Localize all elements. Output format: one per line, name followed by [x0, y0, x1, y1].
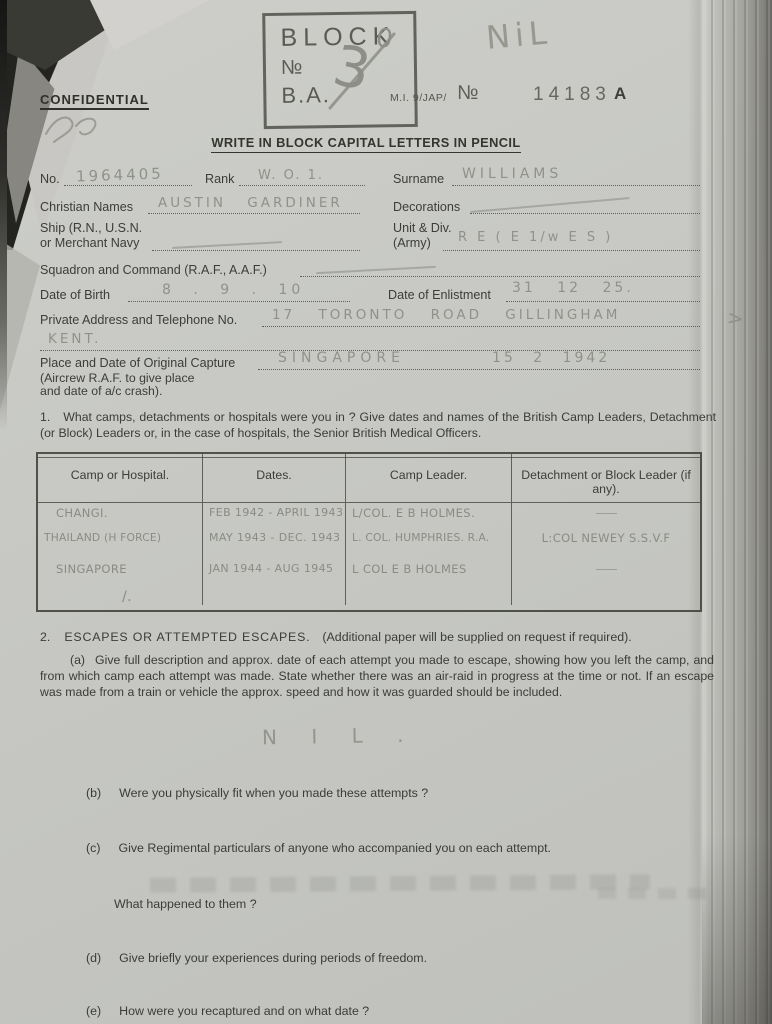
mi9-reference-prefix: M.I. 9/JAP/: [390, 92, 447, 104]
unit-label-line1: Unit & Div.: [393, 221, 452, 235]
capture-note-line2: and date of a/c crash).: [40, 384, 162, 398]
question-1-text: What camps, detachments or hospitals wer…: [40, 410, 716, 440]
dates-cell: JAN 1944 - AUG 1945: [203, 554, 346, 586]
decorations-label: Decorations: [393, 200, 460, 214]
question-2d-number: (d): [86, 951, 101, 965]
question-2-number: 2.: [40, 630, 50, 644]
date-of-birth-label: Date of Birth: [40, 288, 110, 302]
header-camp-leader: Camp Leader.: [346, 454, 512, 503]
date-of-enlistment-label: Date of Enlistment: [388, 288, 491, 302]
unit-value: R E ( E 1/w E S ): [458, 230, 613, 245]
question-2-title: ESCAPES OR ATTEMPTED ESCAPES.: [64, 630, 310, 644]
page-stack-edges: [702, 0, 772, 1024]
camps-table-header-row: Camp or Hospital. Dates. Camp Leader. De…: [38, 454, 700, 503]
question-2b: (b)Were you physically fit when you made…: [86, 786, 428, 800]
empty-cell: [512, 586, 700, 605]
pencil-margin-tick: >: [726, 305, 745, 331]
table-row: /.: [38, 586, 700, 605]
detachment-cell: ——: [512, 554, 700, 586]
question-2d-text: Give briefly your experiences during per…: [119, 951, 427, 965]
christian-names-label: Christian Names: [40, 200, 133, 214]
detachment-cell: ——: [512, 503, 700, 528]
question-2c-number: (c): [86, 841, 100, 855]
capture-label: Place and Date of Original Capture: [40, 356, 235, 370]
pencil-dash-stroke: [172, 241, 282, 249]
pencil-scribble: [42, 110, 112, 154]
leader-cell: L/COL. E B HOLMES.: [346, 503, 512, 528]
question-2a-text: Give full description and approx. date o…: [40, 653, 714, 699]
date-of-birth-value: 8 . 9 . 10: [162, 282, 304, 298]
question-1-number: 1.: [40, 410, 50, 424]
capture-note-line1: (Aircrew R.A.F. to give place: [40, 371, 194, 385]
dotted-line: [262, 326, 700, 327]
question-2b-text: Were you physically fit when you made th…: [119, 786, 428, 800]
camp-cell: THAILAND (H FORCE): [38, 528, 203, 554]
page-left-edge-shadow: [0, 0, 7, 430]
squadron-label: Squadron and Command (R.A.F., A.A.F.): [40, 263, 267, 277]
leader-cell: L. COL. HUMPHRIES. R.A.: [346, 528, 512, 554]
dotted-line: [239, 185, 365, 186]
question-2a: (a)Give full description and approx. dat…: [40, 653, 714, 700]
dotted-line: [128, 301, 350, 302]
address-value-line1: 17 TORONTO ROAD GILLINGHAM: [272, 307, 620, 323]
question-2e-text: How were you recaptured and on what date…: [119, 1004, 369, 1018]
address-value-line2: KENT.: [48, 331, 101, 347]
empty-cell: [346, 586, 512, 605]
private-address-label: Private Address and Telephone No.: [40, 313, 237, 327]
dotted-line: [152, 250, 360, 251]
unit-label-line2: (Army): [393, 236, 431, 250]
dotted-line: [443, 250, 700, 251]
torn-shard-top: [0, 0, 150, 70]
question-1: 1.What camps, detachments or hospitals w…: [40, 410, 716, 442]
dates-cell: MAY 1943 - DEC. 1943: [203, 528, 346, 554]
ink-bleedthrough: [150, 874, 650, 892]
question-2e: (e)How were you recaptured and on what d…: [86, 1004, 369, 1018]
dotted-line: [506, 301, 700, 302]
dotted-line: [470, 213, 700, 214]
christian-names-value: AUSTIN GARDINER: [158, 195, 343, 211]
pencil-dash-stroke: [470, 197, 630, 213]
rank-value: W. O. 1.: [258, 168, 324, 183]
handwritten-nil-answer: N I L .: [262, 723, 418, 750]
surname-value: WILLIAMS: [462, 166, 562, 182]
surname-label: Surname: [393, 172, 444, 186]
no-value: 1964405: [76, 164, 164, 185]
question-2c-followup: What happened to them ?: [114, 897, 257, 911]
table-row: THAILAND (H FORCE) MAY 1943 - DEC. 1943 …: [38, 528, 700, 554]
header-camp-or-hospital: Camp or Hospital.: [38, 454, 203, 503]
ink-bleedthrough: [598, 888, 718, 899]
mi9-series-letter: A: [614, 84, 626, 104]
capture-place-value: SINGAPORE: [278, 350, 405, 366]
date-of-enlistment-value: 31 12 25.: [512, 280, 634, 296]
leader-cell: L COL E B HOLMES: [346, 554, 512, 586]
pencil-mark-cell: /.: [38, 586, 203, 605]
header-dates: Dates.: [203, 454, 346, 503]
header-detachment-leader: Detachment or Block Leader (if any).: [512, 454, 700, 503]
dates-cell: FEB 1942 - APRIL 1943: [203, 503, 346, 528]
question-2c: (c)Give Regimental particulars of anyone…: [86, 841, 551, 855]
mi9-no-symbol: №: [457, 82, 478, 105]
dotted-line: [148, 213, 360, 214]
no-label: No.: [40, 172, 60, 186]
question-2b-number: (b): [86, 786, 101, 800]
empty-cell: [203, 586, 346, 605]
question-2d: (d)Give briefly your experiences during …: [86, 951, 427, 965]
handwritten-nil-annotation: NiL: [484, 13, 553, 57]
confidential-label: CONFIDENTIAL: [40, 92, 149, 110]
pencil-dash-stroke: [316, 266, 436, 274]
camp-cell: CHANGI.: [38, 503, 203, 528]
question-2a-number: (a): [70, 653, 85, 667]
table-row: SINGAPORE JAN 1944 - AUG 1945 L COL E B …: [38, 554, 700, 586]
dotted-line: [258, 369, 700, 370]
detachment-cell: L:COL NEWEY S.S.V.F: [512, 528, 700, 554]
question-2-heading: 2.ESCAPES OR ATTEMPTED ESCAPES.(Addition…: [40, 630, 632, 644]
question-2c-text: Give Regimental particulars of anyone wh…: [118, 841, 551, 855]
torn-fold-highlight: [90, 0, 210, 50]
question-2e-number: (e): [86, 1004, 101, 1018]
ship-label-line2: or Merchant Navy: [40, 236, 139, 250]
question-2-note: (Additional paper will be supplied on re…: [322, 630, 631, 644]
form-instruction-title: WRITE IN BLOCK CAPITAL LETTERS IN PENCIL: [186, 135, 546, 150]
rank-label: Rank: [205, 172, 234, 186]
ship-label-line1: Ship (R.N., U.S.N.: [40, 221, 142, 235]
scanned-pow-questionnaire-page: > CONFIDENTIAL BLOCK № B.A. 3 0 NiL M.I.…: [0, 0, 772, 1024]
camp-cell: SINGAPORE: [38, 554, 203, 586]
capture-date-value: 15 2 1942: [492, 350, 610, 366]
dotted-line: [452, 185, 700, 186]
mi9-reference-number: 14183: [533, 84, 611, 106]
camps-table: Camp or Hospital. Dates. Camp Leader. De…: [36, 452, 702, 612]
dotted-line: [300, 276, 700, 277]
table-row: CHANGI. FEB 1942 - APRIL 1943 L/COL. E B…: [38, 503, 700, 528]
